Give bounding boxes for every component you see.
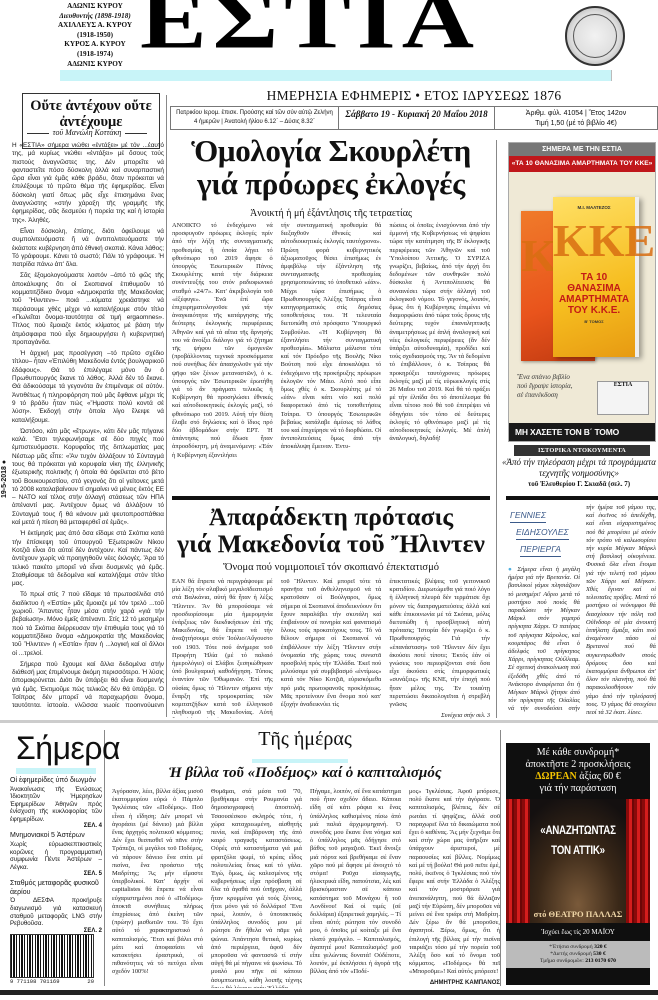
curtain-left-icon — [506, 799, 530, 923]
gossip-logo-line: ΠΕΡΙΕΡΓΑ — [520, 542, 561, 557]
seal-emblem-icon — [565, 6, 625, 66]
price-label: *Διετής συνδρομή — [550, 951, 592, 957]
section-rule — [506, 496, 658, 500]
second-body: ΕΑΝ θά ἔπρεπε νά περιγράψουμε μέ μία λέξ… — [172, 578, 490, 718]
headline-line: γιά πρόωρες ἐκλογές — [172, 167, 490, 200]
gossip-logo-line: ΕΙΔΗΣΟΥΛΕΣ — [516, 525, 569, 540]
second-column: ΕΑΝ θά ἔπρεπε νά περιγράψουμε μέ μία λέξ… — [172, 578, 273, 718]
ad-line: ἀποκτῆστε 2 προσκλήσεις — [506, 759, 650, 771]
founder-years: Διευθυντής (1898-1918) — [40, 12, 150, 22]
today-item[interactable]: Οἱ ἐφημερίδες ὑπό διωγμόν Ἀνακοίνωσις τῆ… — [10, 777, 102, 829]
ad-headline: Μέ κάθε συνδρομή* ἀποκτῆστε 2 προσκλήσει… — [506, 743, 650, 795]
book-author: Μ.Ι. ΜΑΛΤΕΖΟΣ — [553, 205, 635, 210]
second-subtitle: Ὄνομα πού νομιμοποιεῖ τόν σκοπιανό ἐπεκτ… — [172, 562, 490, 573]
vertical-date-strip: 19-5-2018 ● — [0, 440, 10, 500]
editorial-paragraph: Σήμερα πού ἔχουμε καί ἄλλα δεδομένα στήν… — [12, 661, 164, 707]
issue-price: Τιμή 1,50 (μέ τό βιβλίο 4€) — [498, 119, 654, 129]
ad-line: Μέ κάθε συνδρομή* — [506, 747, 650, 759]
today-item-title: Μνημονιακοί 5 Ἀστέρων — [10, 832, 102, 841]
column-divider — [166, 95, 167, 717]
historical-author: τοῦ Ἐλευθερίου Γ. Σκιαδᾶ (σελ. 7) — [500, 480, 658, 488]
historical-title[interactable]: «Ἀπό τήν τηλεόραση μέχρι τά προγράμματα … — [500, 457, 658, 479]
historical-label: ΙΣΤΟΡΙΚΑ ΝΤΟΚΟΥΜΕΝΤΑ — [514, 445, 650, 456]
editorial-paragraph: Εἶναι δύσκολη, ἐπίσης, διότι ὀφείλουμε ν… — [12, 228, 164, 269]
promo-banner: «ΤΑ 10 ΘΑΝΑΣΙΜΑ ΑΜΑΡΤΗΜΑΤΑ ΤΟΥ ΚΚΕ» — [509, 156, 655, 172]
masthead-tagline: ΗΜΕΡΗΣΙΑ ΕΦΗΜΕΡΙΣ • ΕΤΟΣ ΙΔΡΥΣΕΩΣ 1876 — [170, 88, 658, 104]
today-item[interactable]: Μνημονιακοί 5 Ἀστέρων Χωρίς εὐρωσκεπτικι… — [10, 832, 102, 877]
newspaper-thumbnail: ΕΣΤΙΑ — [597, 381, 649, 415]
ad-line: γιά τήν παράσταση — [506, 783, 650, 795]
show-title-line: ΤΟΝ ΑΤΤΙΚ» — [517, 841, 639, 861]
lead-subtitle: Ἀνοικτή ἡ μή ἐξάντλησις τῆς τετραετίας — [172, 208, 490, 219]
phone-label: Τμῆμα συνδρομῶν: — [540, 958, 584, 964]
masthead-accent-bar — [60, 70, 400, 81]
barcode-issue: 20 — [87, 978, 94, 985]
theatre-ad[interactable]: Μέ κάθε συνδρομή* ἀποκτῆστε 2 προσκλήσει… — [506, 743, 650, 985]
gossip-text: Σήμερα εἶναι ἡ μεγάλη ἡμέρα γιά τήν Βρετ… — [508, 566, 580, 712]
book-volume: Β' ΤΟΜΟΣ — [553, 319, 635, 324]
promo-tagline: Ἕνα σπάνιο βιβλίο πού ἔγραψε ἱστορία, σέ… — [517, 373, 577, 400]
column-divider — [496, 140, 497, 718]
editorial-paragraph: Ὡστόσο, κάτι μᾶς «ἔτρωγε», κάτι δέν μᾶς … — [12, 428, 164, 528]
column-accent-bar — [252, 759, 348, 763]
headline-line: Ὁμολογία Σκουρλέτη — [172, 134, 490, 167]
today-item-page: ΣΕΛ. 5 — [10, 871, 102, 877]
lead-column: τήν συνταγματική προθεσμία θά διεξαχθοῦν… — [281, 222, 382, 490]
gossip-logo-line: ΓΕΝΝΙΕΣ — [510, 508, 546, 523]
gossip-column: τήν ἡμέρα τοῦ γάμου της, καί ἐκεῖνος τό … — [586, 504, 656, 714]
headline-line: γιά Μακεδονία τοῦ Ἤλιντεν — [172, 530, 490, 557]
editorial-paragraph: Η «ΕΣΤΙΑ» σήμερα νιώθει «ἐντάξει» μέ τόν… — [12, 142, 164, 225]
show-title: «ΑΝΑΖΗΤΩΝΤΑΣ ΤΟΝ ΑΤΤΙΚ» — [517, 821, 639, 861]
founder-name: ΚΥΡΟΣ Α. ΚΥΡΟΥ — [40, 40, 150, 50]
editorial-title-box: Οὔτε ἀντέχουν οὔτε ἀντέχουμε — [22, 93, 160, 149]
phone-number[interactable]: 213 0170 670 — [585, 958, 616, 964]
bullet-icon: ● — [508, 566, 517, 573]
masthead-accent-bar — [400, 70, 612, 81]
column-text-last: μος» Ἰγκλέσιας. Ἀφοῦ μπόρεσε, πολύ ἔκανε… — [409, 788, 500, 988]
almanac-info: Πατρικίου Ιερομ. ἐπισκ. Προύσης καί τῶν … — [171, 107, 339, 129]
editorial-paragraph: Ἡ ἐκτίμησίς μας ἀπό ὅσα εἴδαμε στά Σκόπι… — [12, 530, 164, 588]
headline-line: Ἀπαράδεκτη πρότασις — [172, 503, 490, 530]
book-cover-volume-2: Μ.Ι. ΜΑΛΤΕΖΟΣ ΚΚΕ ΤΑ 10 ΘΑΝΑΣΙΜΑ ΑΜΑΡΤΗΜ… — [553, 197, 639, 357]
book-cover-art: ΚΚΕ — [553, 216, 635, 266]
promo-header: ΣΗΜΕΡΑ ΜΕ ΤΗΝ ΕΣΤΙΑ — [509, 143, 655, 156]
editorial-paragraph: Τό πρωί στίς 7 πού εἴδαμε τά πρωτοσέλιδα… — [12, 591, 164, 657]
today-list: Οἱ ἐφημερίδες ὑπό διωγμόν Ἀνακοίνωσις τῆ… — [10, 777, 102, 937]
issue-date: Σάββατο 19 - Κυριακή 20 Μαΐου 2018 — [339, 107, 495, 129]
price-value: 320 € — [594, 944, 607, 950]
promo-cta: ΜΗ ΧΑΣΕΤΕ ΤΟΝ Β΄ ΤΟΜΟ — [509, 423, 655, 441]
barcode-icon — [10, 934, 94, 978]
column-body: Ἀγόρασαν, λέει, βίλλα ἀξίας μισοῦ ἑκατομ… — [112, 788, 500, 988]
today-item-page: ΣΕΛ. 2 — [10, 928, 102, 934]
founder-years: (1918-1974) — [40, 50, 150, 60]
column-text: μος» Ἰγκλέσιας. Ἀφοῦ μπόρεσε, πολύ ἔκανε… — [409, 788, 500, 977]
show-venue: στό ΘΕΑΤΡΟ ΠΑΛΛΑΣ — [506, 909, 650, 919]
section-rule — [0, 720, 658, 723]
today-item-page: ΣΕΛ. 4 — [10, 823, 102, 829]
column-text: Θυμᾶμαι, στά μέσα τοῦ '70, βρεθήκαμε στή… — [211, 788, 302, 988]
today-item-title: Οἱ ἐφημερίδες ὑπό διωγμόν — [10, 777, 102, 786]
today-item-text: Χωρίς εὐρωσκεπτικιστικές κορῶνες ἡ προγρ… — [10, 841, 102, 871]
column-headline[interactable]: Ἡ βίλλα τοῦ «Ποδέμος» καί ὁ καπιταλισμός — [110, 765, 500, 782]
gossip-text: τήν ἡμέρα τοῦ γάμου της, καί ἐκεῖνος τό … — [586, 504, 656, 714]
column-text: Πήγαμε, λοιπόν, σέ ἕνα κατάστημα πού ἦτα… — [310, 788, 401, 988]
page-bottom-rule — [0, 990, 658, 995]
show-title-line: «ΑΝΑΖΗΤΩΝΤΑΣ — [517, 821, 639, 841]
today-accent-bar — [16, 768, 96, 774]
column-text: Ἀγόρασαν, λέει, βίλλα ἀξίας μισοῦ ἑκατομ… — [112, 788, 203, 988]
continued-link[interactable]: Συνέχεια στήν σελ. 3 — [400, 713, 490, 719]
phone-row: Τμῆμα συνδρομῶν: 213 0170 670 — [506, 958, 650, 965]
editorial-author: τοῦ Μανώλη Κοττάκη — [10, 128, 164, 137]
gossip-logo: ΓΕΝΝΙΕΣ ΕΙΔΗΣΟΥΛΕΣ ΠΕΡΙΕΡΓΑ — [508, 508, 586, 559]
curtain-right-icon — [626, 799, 650, 923]
column-divider — [104, 730, 105, 986]
column-signature: ΔΗΜΗΤΡΗΣ ΚΑΜΠΑΝΟΣ — [409, 979, 500, 987]
today-item[interactable]: Σταθμός μεταφορᾶς φυσικοῦ ἀερίου Ὁ ΔΕΣΦΑ… — [10, 880, 102, 933]
ad-validity: Ἰσχύει ἕως τίς 20 ΜΑΪΟΥ — [506, 923, 650, 941]
book-title: ΤΑ 10 ΘΑΝΑΣΙΜΑ ΑΜΑΡΤΗΜΑΤΑ ΤΟΥ Κ.Κ.Ε. — [553, 272, 635, 316]
stage-image: «ΑΝΑΖΗΤΩΝΤΑΣ ΤΟΝ ΑΤΤΙΚ» στό ΘΕΑΤΡΟ ΠΑΛΛΑ… — [506, 799, 650, 923]
ad-line: ΔΩΡΕΑΝ ἀξίας 60 € — [506, 771, 650, 783]
info-bar: Πατρικίου Ιερομ. ἐπισκ. Προύσης καί τῶν … — [170, 106, 658, 130]
founder-years: (1918-1950) — [40, 31, 150, 41]
editorial-body: Η «ΕΣΤΙΑ» σήμερα νιώθει «ἐντάξει» μέ τόν… — [12, 142, 164, 707]
second-headline[interactable]: Ἀπαράδεκτη πρότασις γιά Μακεδονία τοῦ Ἤλ… — [172, 503, 490, 557]
price-label: *Ἐτήσια συνδρομή — [549, 944, 592, 950]
newspaper-logo[interactable]: ΕΣΤΙΑ — [140, 0, 520, 55]
price-row: *Διετής συνδρομή 530 € — [506, 951, 650, 958]
ad-prices: *Ἐτήσια συνδρομή 320 € *Διετής συνδρομή … — [506, 941, 650, 968]
founder-name: ΑΔΩΝΙΣ ΚΥΡΟΥ — [40, 2, 150, 12]
today-item-text: Ὁ ΔΕΣΦΑ προκήρυξε διαγωνισμό γιά κατασκε… — [10, 897, 102, 927]
founder-name: ΑΔΩΝΙΣ ΚΥΡΟΥ — [40, 60, 150, 70]
founder-name: ΑΧΙΛΛΕΥΣ Α. ΚΥΡΟΥ — [40, 21, 150, 31]
today-section-title: Σήμερα — [16, 730, 120, 767]
vertical-date: 19-5-2018 ● — [1, 460, 8, 498]
price-row: *Ἐτήσια συνδρομή 320 € — [506, 944, 650, 951]
issue-info: Ἀριθμ. φύλ. 41054 | Ἔτος 142ον Τιμή 1,50… — [495, 107, 657, 129]
barcode-digits: 9 771108 701169 — [10, 978, 60, 985]
second-column: ἐπεκτατικές βλέψεις τοῦ γειτονικοῦ κρατι… — [389, 578, 490, 718]
column-section-title: Τῆς ἡμέρας — [110, 728, 500, 751]
lead-body: ΑΝΟΙΚΤΟ τό ἐνδεχόμενο νά προσφυγοῦν πρόω… — [172, 222, 490, 490]
second-column: τοῦ Ἤλιντεν. Καί μπορεῖ τότε τά πρανῆτα … — [281, 578, 382, 718]
lead-column: ΑΝΟΙΚΤΟ τό ἐνδεχόμενο νά προσφυγοῦν πρόω… — [172, 222, 273, 490]
today-item-text: Ἀνακοίνωσις τῆς Ἑνώσεως Ἰδιοκτητῶν Ἡμερη… — [10, 786, 102, 824]
editorial-paragraph: Σᾶς ἐξομολογούμαστε λοιπόν –ἀπό τό φῶς τ… — [12, 272, 164, 347]
gossip-column: ● Σήμερα εἶναι ἡ μεγάλη ἡμέρα γιά τήν Βρ… — [508, 566, 580, 712]
today-item-title: Σταθμός μεταφορᾶς φυσικοῦ ἀερίου — [10, 880, 102, 897]
founders-list: ΑΔΩΝΙΣ ΚΥΡΟΥ Διευθυντής (1898-1918) ΑΧΙΛ… — [40, 2, 150, 79]
lead-headline[interactable]: Ὁμολογία Σκουρλέτη γιά πρόωρες ἐκλογές — [172, 134, 490, 200]
editorial-title[interactable]: Οὔτε ἀντέχουν οὔτε ἀντέχουμε — [23, 98, 159, 130]
book-promo[interactable]: ΣΗΜΕΡΑ ΜΕ ΤΗΝ ΕΣΤΙΑ «ΤΑ 10 ΘΑΝΑΣΙΜΑ ΑΜΑΡ… — [508, 142, 656, 442]
lead-column: πώσεις οἱ ὁποῖες ἐνισχύονται ἀπό τήν ἐμμ… — [389, 222, 490, 490]
ad-free-label: ΔΩΡΕΑΝ — [535, 771, 577, 782]
price-value: 530 € — [593, 951, 606, 957]
barcode-number: 9 771108 701169 20 — [10, 978, 94, 985]
issue-number: Ἀριθμ. φύλ. 41054 | Ἔτος 142ον — [498, 109, 654, 119]
editorial-paragraph: Ἡ ἀρχική μας προσέγγιση –τό πρῶτο σχέδιο… — [12, 350, 164, 425]
column-divider — [500, 730, 501, 986]
ad-value: ἀξίας 60 € — [579, 771, 621, 782]
section-rule — [172, 496, 490, 500]
